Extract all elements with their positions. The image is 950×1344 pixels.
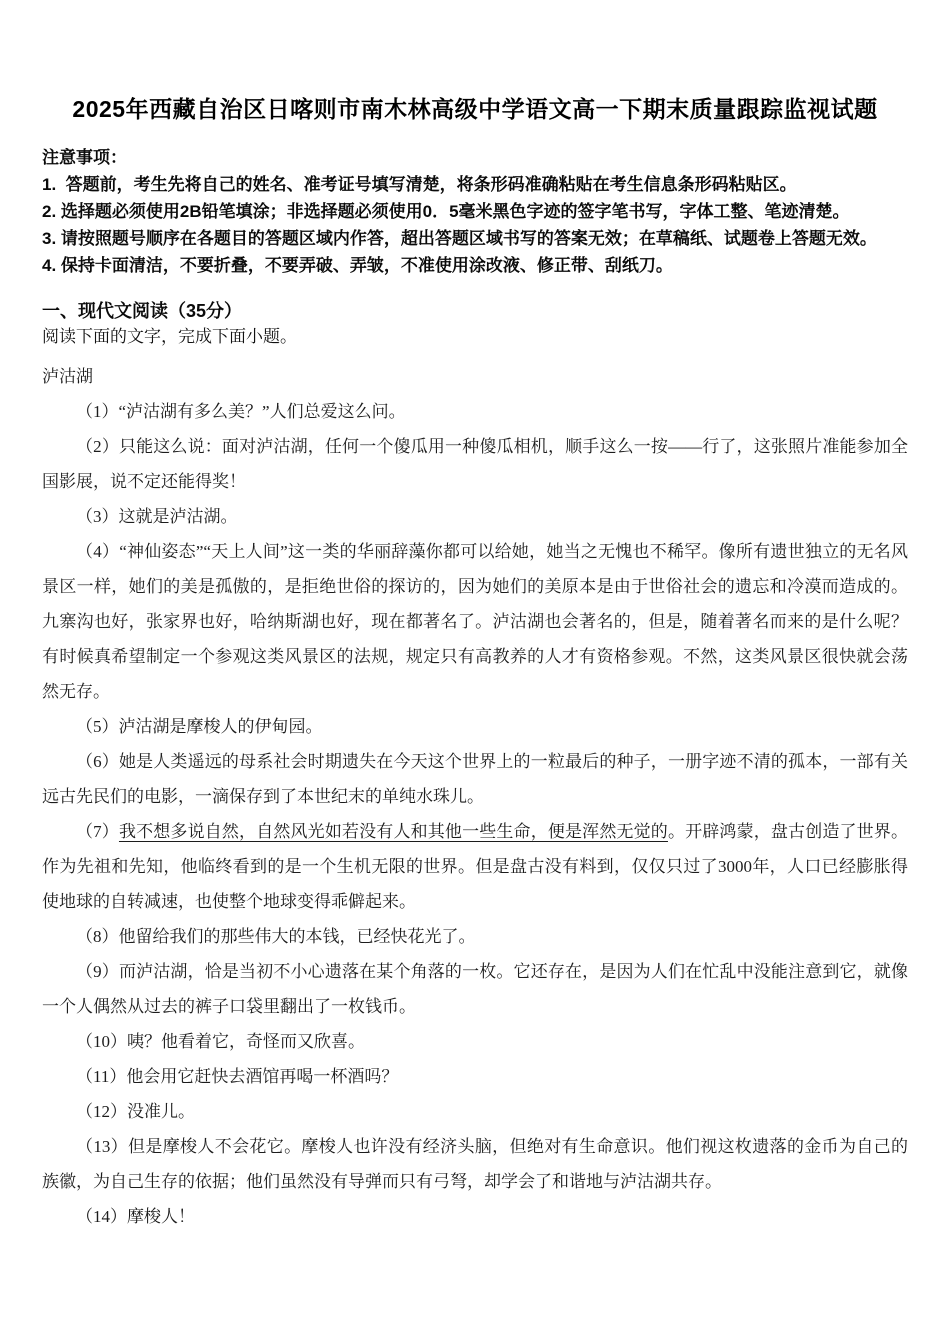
section-block: 一、现代文阅读（35分） 阅读下面的文字，完成下面小题。: [42, 298, 908, 350]
passage-paragraph: （1）“泸沽湖有多么美？”人们总爱这么问。: [42, 394, 908, 429]
passage-paragraph: （4）“神仙姿态”“天上人间”这一类的华丽辞藻你都可以给她，她当之无愧也不稀罕。…: [42, 534, 908, 709]
passage-text: （13）但是摩梭人不会花它。摩梭人也许没有经济头脑，但绝对有生命意识。他们视这枚…: [42, 1137, 908, 1191]
passage-text: （7）: [76, 822, 119, 841]
passage-paragraph: （12）没准儿。: [42, 1094, 908, 1129]
passage-body: （1）“泸沽湖有多么美？”人们总爱这么问。（2）只能这么说：面对泸沽湖，任何一个…: [42, 394, 908, 1234]
passage-paragraph: （13）但是摩梭人不会花它。摩梭人也许没有经济头脑，但绝对有生命意识。他们视这枚…: [42, 1129, 908, 1199]
section-heading: 一、现代文阅读（35分）: [42, 298, 908, 324]
notice-section: 注意事项： 1. 答题前，考生先将自己的姓名、准考证号填写清楚，将条形码准确粘贴…: [42, 144, 908, 279]
passage-text: （11）他会用它赶快去酒馆再喝一杯酒吗？: [76, 1067, 398, 1086]
passage-paragraph: （9）而泸沽湖，恰是当初不小心遗落在某个角落的一枚。它还存在，是因为人们在忙乱中…: [42, 954, 908, 1024]
reading-passage: 泸沽湖 （1）“泸沽湖有多么美？”人们总爱这么问。（2）只能这么说：面对泸沽湖，…: [42, 359, 908, 1234]
notice-item: 1. 答题前，考生先将自己的姓名、准考证号填写清楚，将条形码准确粘贴在考生信息条…: [42, 171, 908, 198]
notice-item: 4. 保持卡面清洁，不要折叠，不要弄破、弄皱，不准使用涂改液、修正带、刮纸刀。: [42, 252, 908, 279]
passage-text: （1）“泸沽湖有多么美？”人们总爱这么问。: [76, 402, 406, 421]
notice-item: 2. 选择题必须使用2B铅笔填涂；非选择题必须使用0．5毫米黑色字迹的签字笔书写…: [42, 198, 908, 225]
passage-paragraph: （2）只能这么说：面对泸沽湖，任何一个傻瓜用一种傻瓜相机，顺手这么一按——行了，…: [42, 429, 908, 499]
notice-list: 1. 答题前，考生先将自己的姓名、准考证号填写清楚，将条形码准确粘贴在考生信息条…: [42, 171, 908, 279]
passage-text: （9）而泸沽湖，恰是当初不小心遗落在某个角落的一枚。它还存在，是因为人们在忙乱中…: [42, 962, 908, 1016]
passage-text: （12）没准儿。: [76, 1102, 195, 1121]
passage-text: （10）咦？他看着它，奇怪而又欣喜。: [76, 1032, 365, 1051]
passage-paragraph: （10）咦？他看着它，奇怪而又欣喜。: [42, 1024, 908, 1059]
passage-paragraph: （6）她是人类遥远的母系社会时期遗失在今天这个世界上的一粒最后的种子，一册字迹不…: [42, 744, 908, 814]
passage-text: （2）只能这么说：面对泸沽湖，任何一个傻瓜用一种傻瓜相机，顺手这么一按——行了，…: [42, 437, 908, 491]
passage-text: （3）这就是泸沽湖。: [76, 507, 238, 526]
underlined-sentence: 我不想多说自然，自然风光如若没有人和其他一些生命，便是浑然无觉的: [119, 822, 668, 841]
passage-paragraph: （11）他会用它赶快去酒馆再喝一杯酒吗？: [42, 1059, 908, 1094]
reading-instruction: 阅读下面的文字，完成下面小题。: [42, 324, 908, 350]
passage-paragraph: （3）这就是泸沽湖。: [42, 499, 908, 534]
passage-text: （8）他留给我们的那些伟大的本钱，已经快花光了。: [76, 927, 476, 946]
passage-paragraph: （14）摩梭人！: [42, 1199, 908, 1234]
passage-text: （5）泸沽湖是摩梭人的伊甸园。: [76, 717, 323, 736]
passage-text: （14）摩梭人！: [76, 1207, 195, 1226]
notice-item: 3. 请按照题号顺序在各题目的答题区域内作答，超出答题区域书写的答案无效；在草稿…: [42, 225, 908, 252]
passage-paragraph: （8）他留给我们的那些伟大的本钱，已经快花光了。: [42, 919, 908, 954]
notice-heading: 注意事项：: [42, 144, 908, 171]
passage-text: （6）她是人类遥远的母系社会时期遗失在今天这个世界上的一粒最后的种子，一册字迹不…: [42, 752, 908, 806]
passage-paragraph: （7）我不想多说自然，自然风光如若没有人和其他一些生命，便是浑然无觉的。开辟鸿蒙…: [42, 814, 908, 919]
exam-page: 2025年西藏自治区日喀则市南木林高级中学语文高一下期末质量跟踪监视试题 注意事…: [0, 0, 950, 1344]
passage-paragraph: （5）泸沽湖是摩梭人的伊甸园。: [42, 709, 908, 744]
passage-text: （4）“神仙姿态”“天上人间”这一类的华丽辞藻你都可以给她，她当之无愧也不稀罕。…: [42, 542, 908, 701]
passage-title: 泸沽湖: [42, 359, 908, 394]
page-title: 2025年西藏自治区日喀则市南木林高级中学语文高一下期末质量跟踪监视试题: [42, 94, 908, 124]
